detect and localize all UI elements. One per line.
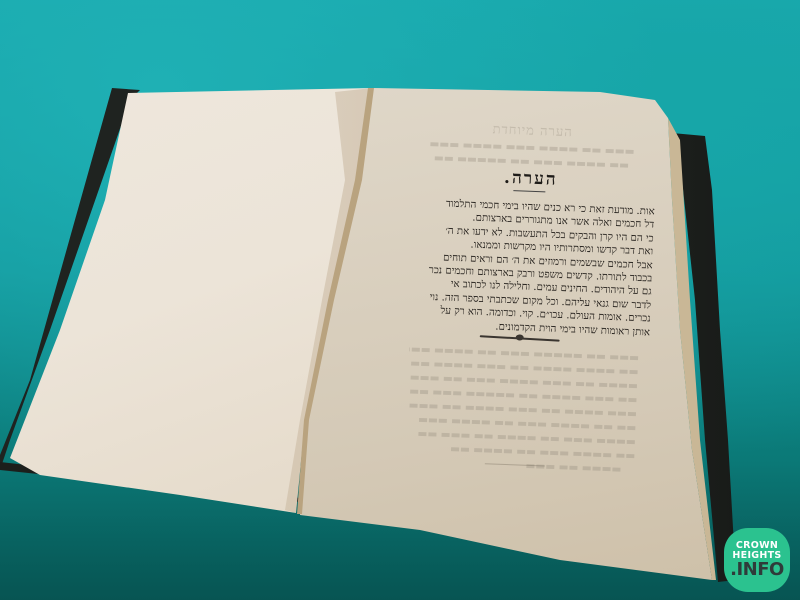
ornamental-divider bbox=[480, 333, 560, 344]
right-page-text-block: הערה מיוחדת ▬▬▬ ▬▬ ▬▬▬▬ ▬▬▬ ▬▬▬▬ ▬▬▬ ▬▬ … bbox=[393, 120, 657, 509]
logo-line-info: .INFO bbox=[730, 561, 784, 579]
page-body-text: אות. מודעת זאת כי רא כנים שהיו בימי חכמי… bbox=[400, 196, 655, 340]
heading-rule bbox=[513, 190, 545, 192]
crownheights-info-watermark-logo: CROWN HEIGHTS .INFO bbox=[724, 528, 790, 592]
book: הערה מיוחדת ▬▬▬ ▬▬ ▬▬▬▬ ▬▬▬ ▬▬▬▬ ▬▬▬ ▬▬ … bbox=[0, 0, 800, 600]
bleed-through-text-bottom: ▬▬▬ ▬▬ ▬▬▬▬▬ ▬▬▬ ▬▬ ▬▬▬▬ ▬▬▬ ▬▬ ▬▬▬▬ ▬▬▬… bbox=[405, 342, 640, 477]
